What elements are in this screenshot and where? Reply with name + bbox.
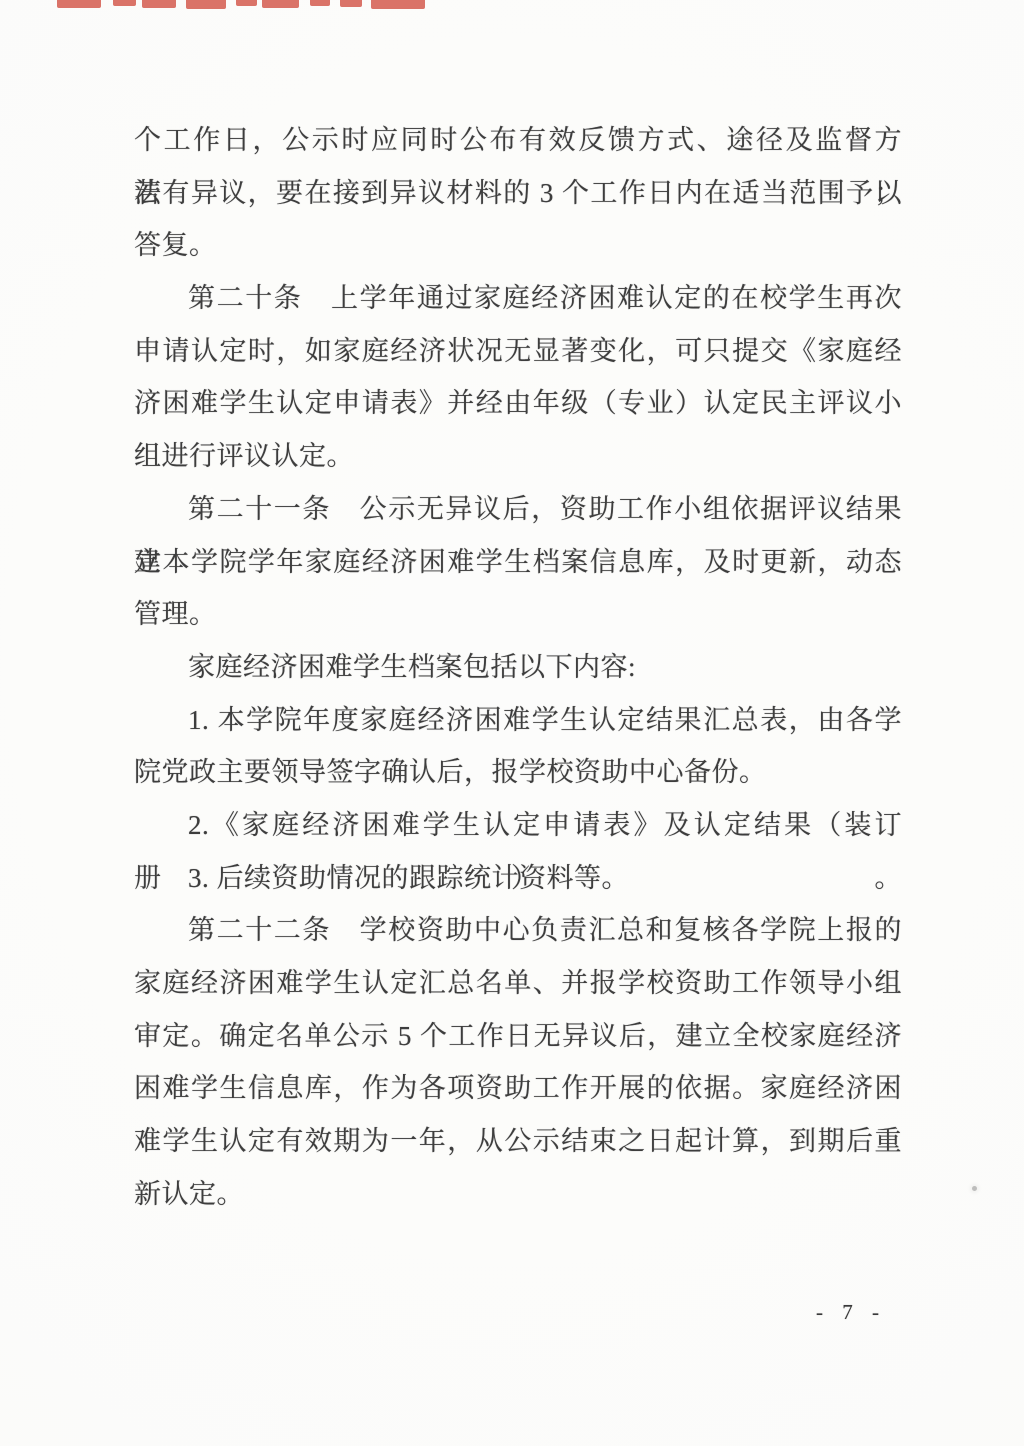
- text-line: 审定。确定名单公示 5 个工作日无异议后，建立全校家庭经济: [134, 1010, 902, 1063]
- text-line: 济困难学生认定申请表》并经由年级（专业）认定民主评议小: [134, 377, 902, 430]
- red-mark-fragment: [310, 0, 330, 6]
- text-line: 管理。: [134, 588, 902, 641]
- red-mark-fragment: [186, 0, 226, 9]
- text-line: 新认定。: [134, 1168, 902, 1221]
- red-mark-fragment: [236, 0, 257, 6]
- red-mark-fragment: [113, 0, 136, 6]
- text-line: 难学生认定有效期为一年，从公示结束之日起计算，到期后重: [134, 1115, 902, 1168]
- text-line: 若有异议，要在接到异议材料的 3 个工作日内在适当范围予以: [134, 167, 902, 220]
- document-body: 个工作日，公示时应同时公布有效反馈方式、途径及监督方法；若有异议，要在接到异议材…: [134, 114, 902, 1220]
- text-line: 立本学院学年家庭经济困难学生档案信息库，及时更新，动态: [134, 536, 902, 589]
- text-line: 院党政主要领导签字确认后，报学校资助中心备份。: [134, 746, 902, 799]
- text-line: 困难学生信息库，作为各项资助工作开展的依据。家庭经济困: [134, 1062, 902, 1115]
- page-number: - 7 -: [816, 1300, 886, 1325]
- text-line: 家庭经济困难学生认定汇总名单、并报学校资助工作领导小组: [134, 957, 902, 1010]
- text-line: 1. 本学院年度家庭经济困难学生认定结果汇总表，由各学: [134, 694, 902, 747]
- text-line: 第二十条 上学年通过家庭经济困难认定的在校学生再次: [134, 272, 902, 325]
- text-line: 组进行评议认定。: [134, 430, 902, 483]
- red-mark-fragment: [262, 0, 299, 8]
- text-line: 答复。: [134, 219, 902, 272]
- text-line: 家庭经济困难学生档案包括以下内容:: [134, 641, 902, 694]
- red-mark-fragment: [371, 0, 425, 9]
- text-line: 第二十一条 公示无异议后，资助工作小组依据评议结果建: [134, 483, 902, 536]
- text-line: 第二十二条 学校资助中心负责汇总和复核各学院上报的: [134, 904, 902, 957]
- scan-speck: [972, 1186, 977, 1191]
- text-line: 个工作日，公示时应同时公布有效反馈方式、途径及监督方法；: [134, 114, 902, 167]
- text-line: 2.《家庭经济困难学生认定申请表》及认定结果（装订册）。: [134, 799, 902, 852]
- scanned-document-page: 个工作日，公示时应同时公布有效反馈方式、途径及监督方法；若有异议，要在接到异议材…: [0, 0, 1024, 1446]
- red-mark-fragment: [142, 0, 176, 8]
- red-mark-fragment: [340, 0, 362, 7]
- red-mark-fragment: [57, 0, 101, 8]
- text-line: 申请认定时，如家庭经济状况无显著变化，可只提交《家庭经: [134, 325, 902, 378]
